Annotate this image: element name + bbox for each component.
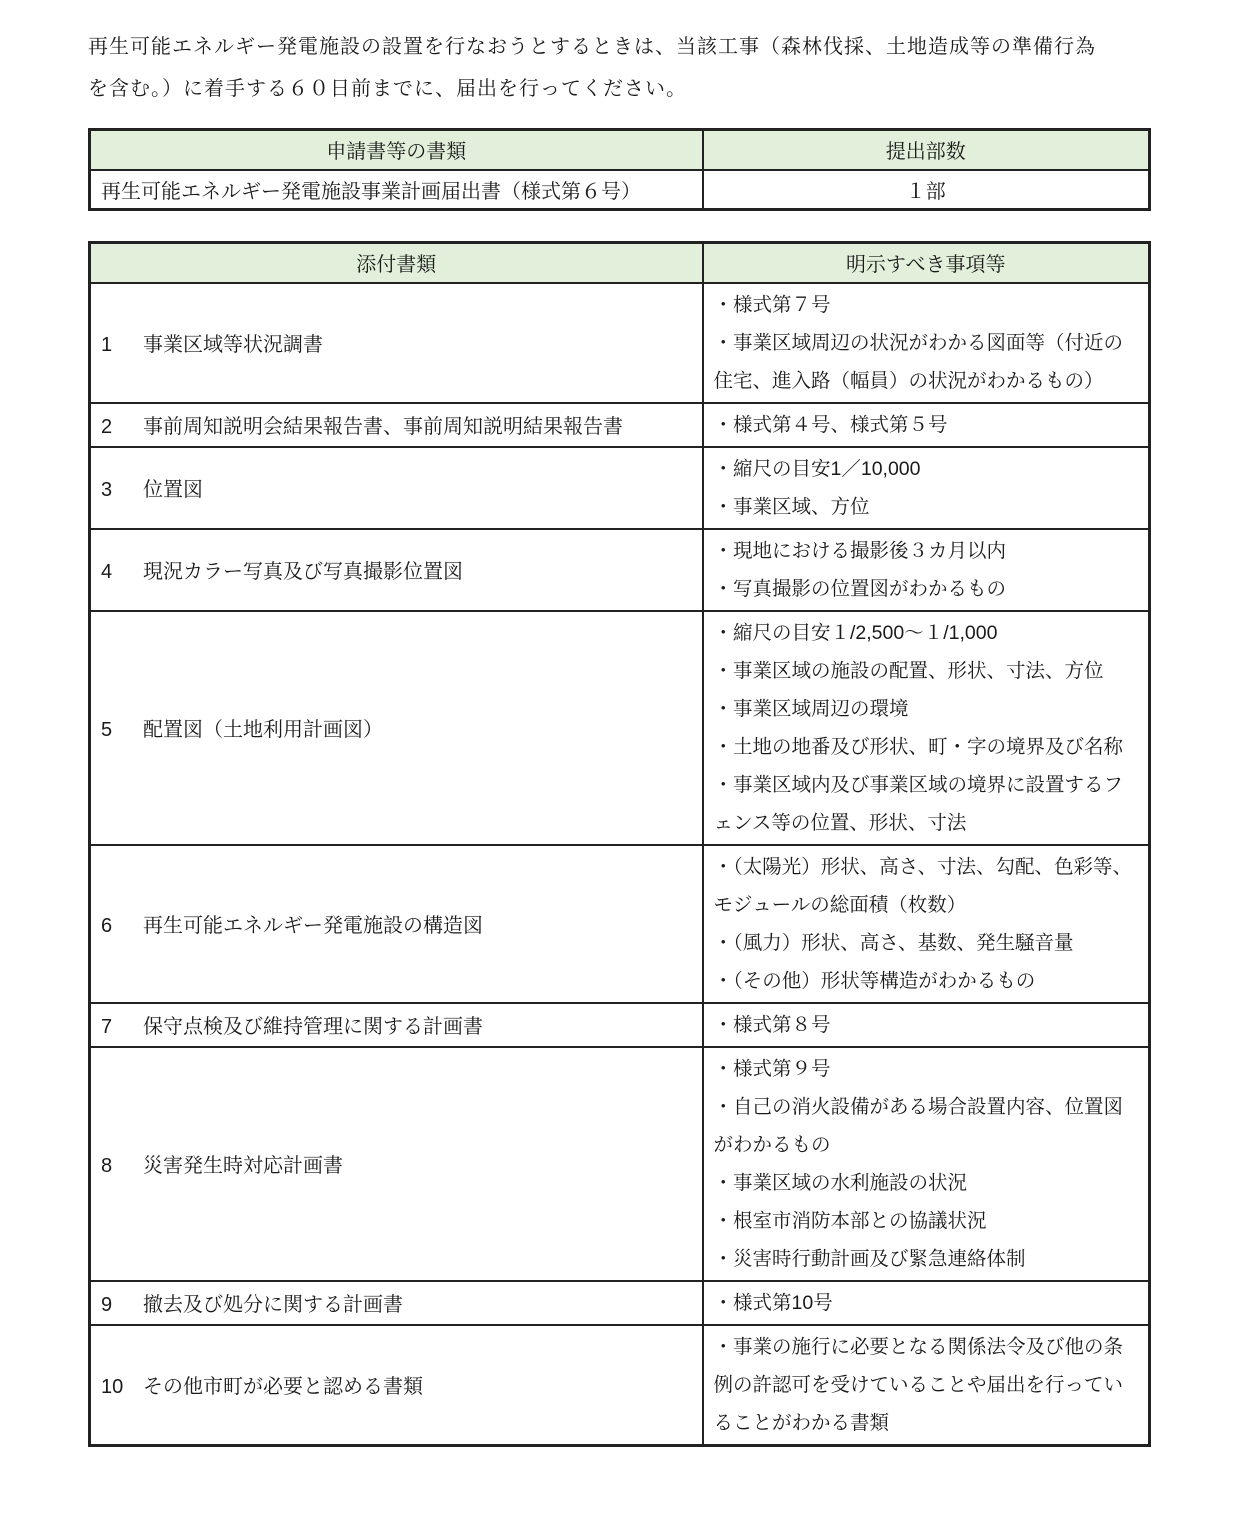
- required-items-cell: ・（太陽光）形状、高さ、寸法、勾配、色彩等、モジュールの総面積（枚数）・（風力）…: [703, 845, 1150, 1003]
- required-item: ・現地における撮影後３カ月以内: [714, 532, 1139, 570]
- application-documents-table: 申請書等の書類 提出部数 再生可能エネルギー発電施設事業計画届出書（様式第６号）…: [88, 128, 1151, 211]
- table-row: 1事業区域等状況調書 ・様式第７号・事業区域周辺の状況がわかる図面等（付近の住宅…: [90, 283, 1150, 403]
- attachment-name-cell: 1事業区域等状況調書: [90, 283, 703, 403]
- required-item: ・災害時行動計画及び緊急連絡体制: [714, 1240, 1139, 1278]
- table-header-row: 添付書類 明示すべき事項等: [90, 243, 1150, 283]
- required-item: ・様式第８号: [714, 1006, 1139, 1044]
- attachment-name: 配置図（土地利用計画図）: [143, 719, 383, 741]
- required-items-cell: ・現地における撮影後３カ月以内・写真撮影の位置図がわかるもの: [703, 529, 1150, 611]
- table-row: 8災害発生時対応計画書 ・様式第９号・自己の消火設備がある場合設置内容、位置図が…: [90, 1047, 1150, 1281]
- table-row: 再生可能エネルギー発電施設事業計画届出書（様式第６号） １部: [90, 170, 1150, 210]
- attachment-name: その他市町が必要と認める書類: [143, 1376, 423, 1398]
- attachment-name-cell: 3位置図: [90, 447, 703, 529]
- required-item: ・事業区域周辺の環境: [714, 690, 1139, 728]
- attachment-name-cell: 8災害発生時対応計画書: [90, 1047, 703, 1281]
- required-item: ・事業の施行に必要となる関係法令及び他の条例の許認可を受けていることや届出を行っ…: [714, 1328, 1139, 1442]
- attachment-name: 現況カラー写真及び写真撮影位置図: [143, 561, 463, 583]
- attachment-name-cell: 6再生可能エネルギー発電施設の構造図: [90, 845, 703, 1003]
- row-number: 4: [101, 561, 127, 584]
- attachment-name: 撤去及び処分に関する計画書: [143, 1294, 403, 1316]
- row-number: 3: [101, 479, 127, 502]
- row-number: 8: [101, 1155, 127, 1178]
- row-number: 1: [101, 334, 127, 357]
- table-row: 2事前周知説明会結果報告書、事前周知説明結果報告書 ・様式第４号、様式第５号: [90, 403, 1150, 447]
- table-row: 9撤去及び処分に関する計画書 ・様式第10号: [90, 1281, 1150, 1325]
- attachment-name-cell: 5配置図（土地利用計画図）: [90, 611, 703, 845]
- required-item: ・（その他）形状等構造がわかるもの: [714, 962, 1139, 1000]
- required-items-cell: ・縮尺の目安1／10,000・事業区域、方位: [703, 447, 1150, 529]
- required-item: ・様式第10号: [714, 1284, 1139, 1322]
- attachment-name: 保守点検及び維持管理に関する計画書: [143, 1016, 483, 1038]
- required-items-cell: ・様式第８号: [703, 1003, 1150, 1047]
- copies-cell: １部: [703, 170, 1150, 210]
- required-item: ・様式第４号、様式第５号: [714, 406, 1139, 444]
- required-item: ・事業区域、方位: [714, 488, 1139, 526]
- attachment-name: 災害発生時対応計画書: [143, 1155, 343, 1177]
- row-number: 2: [101, 416, 127, 439]
- row-number: 9: [101, 1294, 127, 1317]
- required-item: ・事業区域の施設の配置、形状、寸法、方位: [714, 652, 1139, 690]
- required-items-cell: ・様式第７号・事業区域周辺の状況がわかる図面等（付近の住宅、進入路（幅員）の状況…: [703, 283, 1150, 403]
- attachment-name: 事前周知説明会結果報告書、事前周知説明結果報告書: [143, 416, 623, 438]
- required-item: ・事業区域周辺の状況がわかる図面等（付近の住宅、進入路（幅員）の状況がわかるもの…: [714, 324, 1139, 400]
- document-page: 再生可能エネルギー発電施設の設置を行なおうとするときは、当該工事（森林伐採、土地…: [0, 0, 1240, 1517]
- required-item: ・縮尺の目安１/2,500～１/1,000: [714, 614, 1139, 652]
- header-cell-copies: 提出部数: [703, 130, 1150, 170]
- attachment-name-cell: 4現況カラー写真及び写真撮影位置図: [90, 529, 703, 611]
- document-name-cell: 再生可能エネルギー発電施設事業計画届出書（様式第６号）: [90, 170, 703, 210]
- required-item: ・事業区域内及び事業区域の境界に設置するフェンス等の位置、形状、寸法: [714, 766, 1139, 842]
- table-row: 10その他市町が必要と認める書類 ・事業の施行に必要となる関係法令及び他の条例の…: [90, 1325, 1150, 1446]
- required-item: ・（風力）形状、高さ、基数、発生騒音量: [714, 924, 1139, 962]
- required-item: ・土地の地番及び形状、町・字の境界及び名称: [714, 728, 1139, 766]
- row-number: 10: [101, 1376, 127, 1399]
- required-item: ・写真撮影の位置図がわかるもの: [714, 570, 1139, 608]
- intro-paragraph: 再生可能エネルギー発電施設の設置を行なおうとするときは、当該工事（森林伐採、土地…: [88, 26, 1103, 110]
- required-items-cell: ・様式第９号・自己の消火設備がある場合設置内容、位置図がわかるもの・事業区域の水…: [703, 1047, 1150, 1281]
- attachment-name: 事業区域等状況調書: [143, 334, 323, 356]
- table-row: 7保守点検及び維持管理に関する計画書 ・様式第８号: [90, 1003, 1150, 1047]
- attachment-name-cell: 9撤去及び処分に関する計画書: [90, 1281, 703, 1325]
- row-number: 7: [101, 1016, 127, 1039]
- table-row: 3位置図 ・縮尺の目安1／10,000・事業区域、方位: [90, 447, 1150, 529]
- required-items-cell: ・様式第４号、様式第５号: [703, 403, 1150, 447]
- required-items-cell: ・縮尺の目安１/2,500～１/1,000・事業区域の施設の配置、形状、寸法、方…: [703, 611, 1150, 845]
- required-items-cell: ・様式第10号: [703, 1281, 1150, 1325]
- required-item: ・縮尺の目安1／10,000: [714, 450, 1139, 488]
- attachment-name: 位置図: [143, 479, 203, 501]
- attachment-name-cell: 10その他市町が必要と認める書類: [90, 1325, 703, 1446]
- table-row: 4現況カラー写真及び写真撮影位置図 ・現地における撮影後３カ月以内・写真撮影の位…: [90, 529, 1150, 611]
- attachments-table: 添付書類 明示すべき事項等 1事業区域等状況調書 ・様式第７号・事業区域周辺の状…: [88, 241, 1151, 1447]
- required-item: ・事業区域の水利施設の状況: [714, 1164, 1139, 1202]
- required-items-cell: ・事業の施行に必要となる関係法令及び他の条例の許認可を受けていることや届出を行っ…: [703, 1325, 1150, 1446]
- required-item: ・様式第９号: [714, 1050, 1139, 1088]
- required-item: ・根室市消防本部との協議状況: [714, 1202, 1139, 1240]
- row-number: 6: [101, 915, 127, 938]
- required-item: ・（太陽光）形状、高さ、寸法、勾配、色彩等、モジュールの総面積（枚数）: [714, 848, 1139, 924]
- required-item: ・様式第７号: [714, 286, 1139, 324]
- header-cell-documents: 申請書等の書類: [90, 130, 703, 170]
- table-row: 6再生可能エネルギー発電施設の構造図 ・（太陽光）形状、高さ、寸法、勾配、色彩等…: [90, 845, 1150, 1003]
- header-cell-attachments: 添付書類: [90, 243, 703, 283]
- table-header-row: 申請書等の書類 提出部数: [90, 130, 1150, 170]
- table-row: 5配置図（土地利用計画図） ・縮尺の目安１/2,500～１/1,000・事業区域…: [90, 611, 1150, 845]
- required-item: ・自己の消火設備がある場合設置内容、位置図がわかるもの: [714, 1088, 1139, 1164]
- attachment-name-cell: 2事前周知説明会結果報告書、事前周知説明結果報告書: [90, 403, 703, 447]
- row-number: 5: [101, 719, 127, 742]
- header-cell-required-items: 明示すべき事項等: [703, 243, 1150, 283]
- attachment-name: 再生可能エネルギー発電施設の構造図: [143, 915, 483, 937]
- attachment-name-cell: 7保守点検及び維持管理に関する計画書: [90, 1003, 703, 1047]
